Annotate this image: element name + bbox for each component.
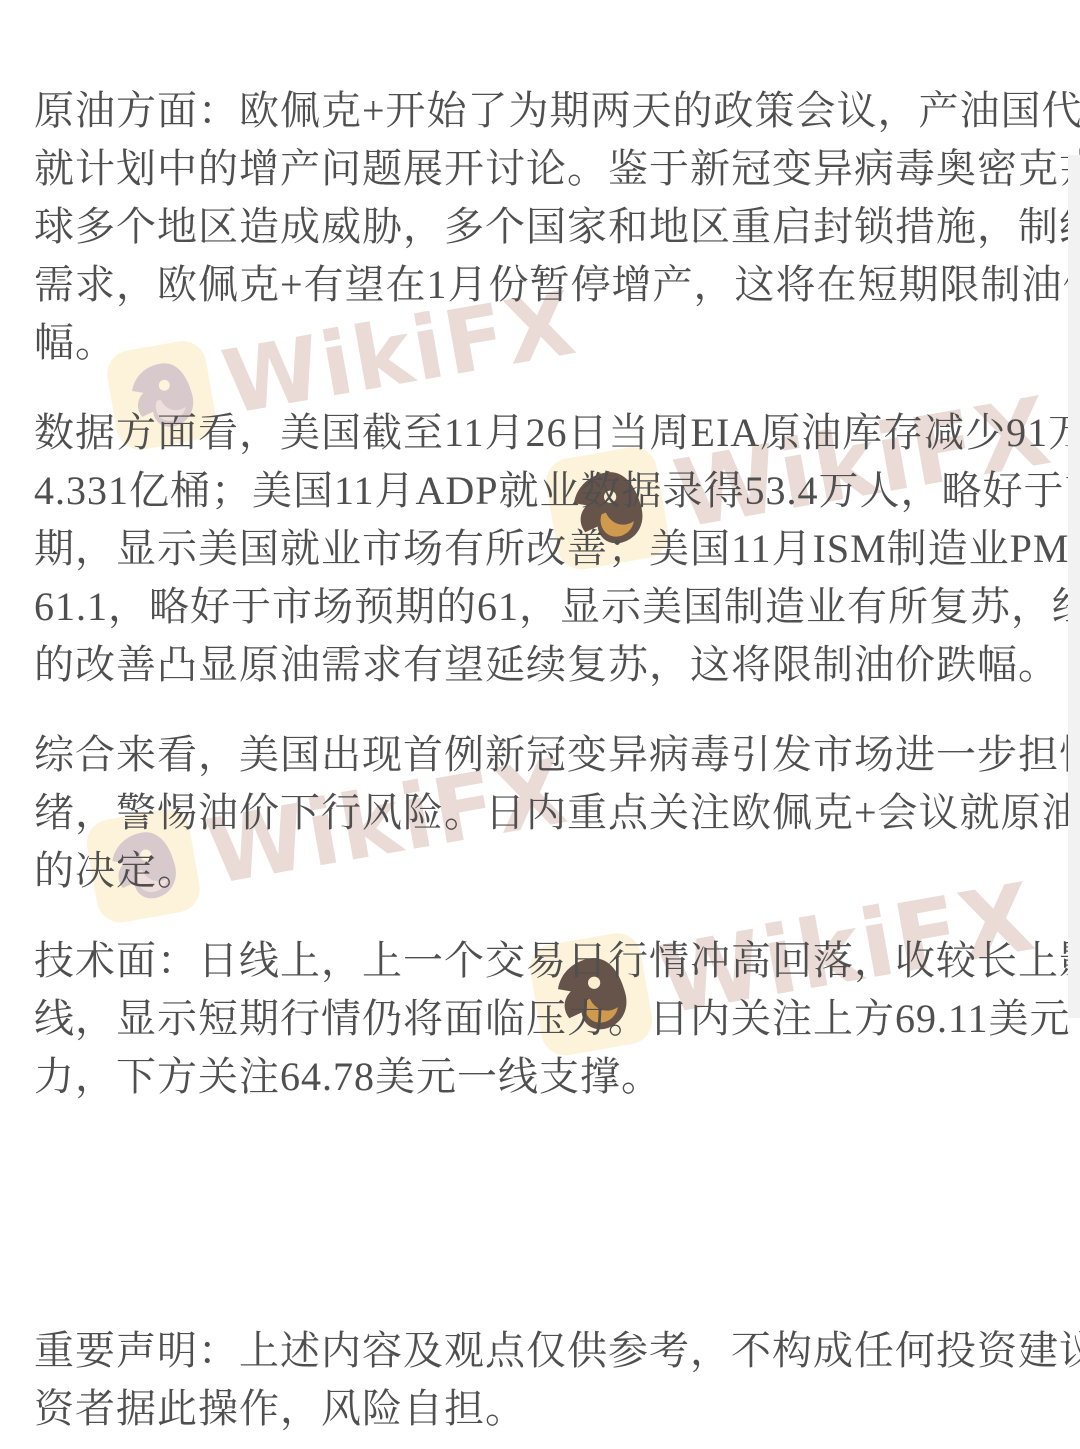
text-line: 技术面：日线上，上一个交易日行情冲高回落，收较长上影线K xyxy=(34,932,1046,990)
paragraph-data-review: 数据方面看，美国截至11月26日当周EIA原油库存减少91万桶，至 4.331亿… xyxy=(34,404,1046,694)
text-line: 幅。 xyxy=(34,314,1046,372)
text-line: 综合来看，美国出现首例新冠变异病毒引发市场进一步担忧情 xyxy=(34,726,1046,784)
article-page: WikiFX WikiFX WikiFX xyxy=(0,0,1080,1449)
text-line: 期，显示美国就业市场有所改善；美国11月ISM制造业PMI录得 xyxy=(34,520,1046,578)
text-line: 资者据此操作，风险自担。 xyxy=(34,1380,1046,1438)
text-line: 绪，警惕油价下行风险。日内重点关注欧佩克+会议就原油产量 xyxy=(34,784,1046,842)
text-line: 重要声明：上述内容及观点仅供参考，不构成任何投资建议，投 xyxy=(34,1322,1046,1380)
scrollbar[interactable] xyxy=(1068,155,1080,1018)
article-content: 原油方面：欧佩克+开始了为期两天的政策会议，产油国代表们 就计划中的增产问题展开… xyxy=(34,82,1046,1138)
text-line: 力，下方关注64.78美元一线支撑。 xyxy=(34,1048,1046,1106)
text-line: 需求，欧佩克+有望在1月份暂停增产，这将在短期限制油价跌 xyxy=(34,256,1046,314)
text-line: 就计划中的增产问题展开讨论。鉴于新冠变异病毒奥密克戎在全 xyxy=(34,140,1046,198)
text-line: 61.1，略好于市场预期的61，显示美国制造业有所复苏，经济数据 xyxy=(34,578,1046,636)
text-line: 4.331亿桶；美国11月ADP就业数据录得53.4万人，略好于市场预 xyxy=(34,462,1046,520)
text-line: 线，显示短期行情仍将面临压力。日内关注上方69.11美元一线压 xyxy=(34,990,1046,1048)
text-line: 的决定。 xyxy=(34,842,1046,900)
text-line: 数据方面看，美国截至11月26日当周EIA原油库存减少91万桶，至 xyxy=(34,404,1046,462)
text-line: 原油方面：欧佩克+开始了为期两天的政策会议，产油国代表们 xyxy=(34,82,1046,140)
paragraph-technical: 技术面：日线上，上一个交易日行情冲高回落，收较长上影线K 线，显示短期行情仍将面… xyxy=(34,932,1046,1106)
text-line: 球多个地区造成威胁，多个国家和地区重启封锁措施，制约原油 xyxy=(34,198,1046,256)
disclaimer: 重要声明：上述内容及观点仅供参考，不构成任何投资建议，投 资者据此操作，风险自担… xyxy=(34,1322,1046,1438)
paragraph-summary: 综合来看，美国出现首例新冠变异病毒引发市场进一步担忧情 绪，警惕油价下行风险。日… xyxy=(34,726,1046,900)
paragraph-crude-oil: 原油方面：欧佩克+开始了为期两天的政策会议，产油国代表们 就计划中的增产问题展开… xyxy=(34,82,1046,372)
text-line: 的改善凸显原油需求有望延续复苏，这将限制油价跌幅。 xyxy=(34,636,1046,694)
